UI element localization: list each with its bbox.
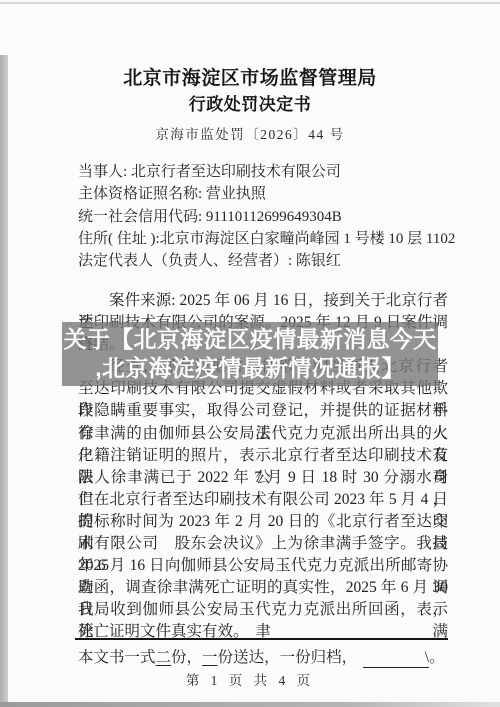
body-text-line: 年 6 月 16 日向伽师县公安局玉代克力克派出所邮寄协助调 (78, 555, 448, 577)
scan-edge-left (0, 55, 8, 707)
blank-fill-line: \ (363, 649, 429, 668)
distribution-note-text: 本文书一式 (78, 649, 156, 666)
body-text-line: 的标称时间为 2023 年 2 月 20 日的《北京行者至达印刷技 (78, 511, 448, 533)
scan-edge-bottom (0, 702, 500, 707)
party-info-line: 法定代表人（负责人、经营者）: 陈银红 (78, 250, 450, 272)
body-text-line: 案件来源: 2025 年 06 月 16 日，接到关于北京行者至 (78, 290, 448, 312)
page-indicator: 第 1 页 共 4 页 (0, 669, 500, 689)
scanned-document-page: 北京市海淀区市场监督管理局 行政处罚决定书 京海市监处罚〔2026〕44 号 当… (0, 0, 500, 707)
footer-divider-rule (75, 638, 448, 640)
underlined-copy-count: 二 (156, 649, 172, 666)
party-info-line: 统一社会信用代码: 91110112699649304B (78, 206, 450, 228)
body-text-line: 徐聿满的由伽师县公安局玉代克力克派出所出具的火化及 (78, 423, 448, 445)
party-info-line: 主体资格证照名称: 营业执照 (78, 183, 450, 205)
body-text-line: 查函，调查徐聿满死亡证明的真实性，2025 年 6 月 30 日， (78, 577, 448, 599)
body-text-line: 但在北京行者至达印刷技术有限公司 2023 年 5 月 4 日提交 (78, 489, 448, 511)
body-text-line: 我局收到伽师县公安局玉代克力克派出所回函，表示徐聿满 (78, 599, 448, 621)
party-info-block: 当事人: 北京行者至达印刷技术有限公司主体资格证照名称: 营业执照统一社会信用代… (78, 161, 450, 272)
document-header: 北京市海淀区市场监督管理局 行政处罚决定书 京海市监处罚〔2026〕44 号 (0, 66, 500, 143)
watermark-overlay-band: 关于【北京海淀区疫情最新消息今天 ,北京海淀疫情最新情况通报】 (62, 322, 438, 386)
body-text-line: 法人徐聿满已于 2022 年 7 月 9 日 18 时 30 分溺水身亡， (78, 467, 448, 489)
document-type-title: 行政处罚决定书 (0, 92, 500, 117)
party-info-line: 住所( 住址 ):北京市海淀区白家疃尚峰园 1 号楼 10 层 1102 (78, 228, 450, 250)
agency-title: 北京市海淀区市场监督管理局 (0, 66, 500, 92)
underlined-copy-count: 一 (202, 649, 218, 666)
watermark-text-line-2: ,北京海淀疫情最新情况通报】 (95, 354, 405, 383)
body-text-line: 术有限公司 股东会决议》上为徐聿满手签字。我局 2025 (78, 533, 448, 555)
scan-edge-top (0, 2, 500, 4)
distribution-note: 本文书一式二份，一份送达，一份归档，\。 (78, 645, 450, 668)
watermark-text-line-1: 关于【北京海淀区疫情最新消息今天 (64, 325, 437, 354)
body-text-line: 户籍注销证明的照片，表示北京行者至达印刷技术有限公司 (78, 445, 448, 467)
party-info-line: 当事人: 北京行者至达印刷技术有限公司 (78, 161, 450, 183)
document-number: 京海市监处罚〔2026〕44 号 (0, 123, 500, 143)
body-text-line: 段隐瞒重要事实，取得公司登记，并提供的证据材料有法人 (78, 400, 448, 422)
